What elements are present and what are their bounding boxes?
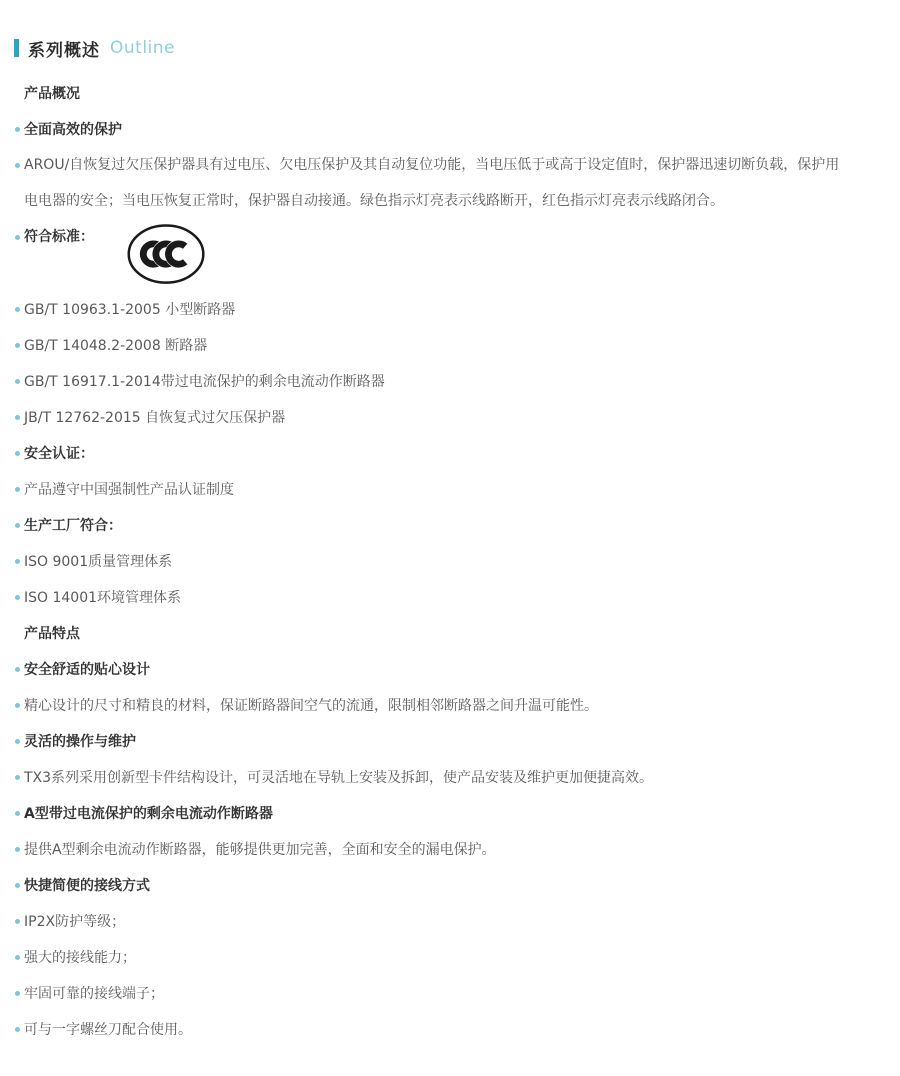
bullet-dot-icon xyxy=(15,811,20,816)
content-list: 产品概况 全面高效的保护 AROU/自恢复过欠压保护器具有过电压、欠电压保护及其… xyxy=(14,75,880,1047)
list-item-heading: 生产工厂符合： xyxy=(14,507,880,543)
page-title-en: Outline xyxy=(110,38,175,58)
bullet-dot-icon xyxy=(15,127,20,132)
list-item-heading: 全面高效的保护 xyxy=(14,111,880,147)
bullet-dot-icon xyxy=(15,883,20,888)
list-item-paragraph: AROU/自恢复过欠压保护器具有过电压、欠电压保护及其自动复位功能，当电压低于或… xyxy=(14,147,880,219)
list-item: 可与一字螺丝刀配合使用。 xyxy=(14,1011,880,1047)
bullet-dot-icon xyxy=(15,235,20,240)
subsection-title-product-overview: 产品概况 xyxy=(14,75,880,111)
list-item: 提供A型剩余电流动作断路器，能够提供更加完善，全面和安全的漏电保护。 xyxy=(14,831,880,867)
bullet-dot-icon xyxy=(15,415,20,420)
list-item: 强大的接线能力； xyxy=(14,939,880,975)
list-item: ISO 14001环境管理体系 xyxy=(14,579,880,615)
list-item-heading: A型带过电流保护的剩余电流动作断路器 xyxy=(14,795,880,831)
list-item: 牢固可靠的接线端子； xyxy=(14,975,880,1011)
bullet-dot-icon xyxy=(15,595,20,600)
bullet-dot-icon xyxy=(15,163,20,168)
title-accent-bar-icon xyxy=(14,39,19,57)
list-item: ISO 9001质量管理体系 xyxy=(14,543,880,579)
list-item-standard: GB/T 10963.1-2005 小型断路器 xyxy=(14,291,880,327)
bullet-dot-icon xyxy=(15,739,20,744)
list-item-heading: 灵活的操作与维护 xyxy=(14,723,880,759)
ccc-certification-mark-icon xyxy=(126,224,208,286)
bullet-dot-icon xyxy=(15,991,20,996)
list-item-standard: GB/T 16917.1-2014带过电流保护的剩余电流动作断路器 xyxy=(14,363,880,399)
bullet-dot-icon xyxy=(15,379,20,384)
bullet-dot-icon xyxy=(15,847,20,852)
bullet-dot-icon xyxy=(15,559,20,564)
list-item-heading: 安全认证： xyxy=(14,435,880,471)
list-item: IP2X防护等级； xyxy=(14,903,880,939)
bullet-dot-icon xyxy=(15,703,20,708)
bullet-dot-icon xyxy=(15,775,20,780)
bullet-dot-icon xyxy=(15,919,20,924)
subsection-title-product-features: 产品特点 xyxy=(14,615,880,651)
bullet-dot-icon xyxy=(15,451,20,456)
page: 系列概述 Outline 产品概况 全面高效的保护 AROU/自恢复过欠压保护器… xyxy=(0,0,900,1076)
list-item-heading: 安全舒适的贴心设计 xyxy=(14,651,880,687)
bullet-dot-icon xyxy=(15,487,20,492)
bullet-dot-icon xyxy=(15,523,20,528)
page-title-zh: 系列概述 xyxy=(28,36,100,61)
list-item: 精心设计的尺寸和精良的材料，保证断路器间空气的流通，限制相邻断路器之间升温可能性… xyxy=(14,687,880,723)
list-item-standard: JB/T 12762-2015 自恢复式过欠压保护器 xyxy=(14,399,880,435)
bullet-dot-icon xyxy=(15,307,20,312)
bullet-dot-icon xyxy=(15,1027,20,1032)
section-title: 系列概述 Outline xyxy=(14,39,880,57)
bullet-dot-icon xyxy=(15,667,20,672)
list-item-standard: GB/T 14048.2-2008 断路器 xyxy=(14,327,880,363)
list-item: TX3系列采用创新型卡件结构设计，可灵活地在导轨上安装及拆卸，使产品安装及维护更… xyxy=(14,759,880,795)
bullet-dot-icon xyxy=(15,955,20,960)
list-item-heading: 快捷简便的接线方式 xyxy=(14,867,880,903)
list-item-standards: 符合标准： xyxy=(14,219,880,291)
list-item: 产品遵守中国强制性产品认证制度 xyxy=(14,471,880,507)
bullet-dot-icon xyxy=(15,343,20,348)
